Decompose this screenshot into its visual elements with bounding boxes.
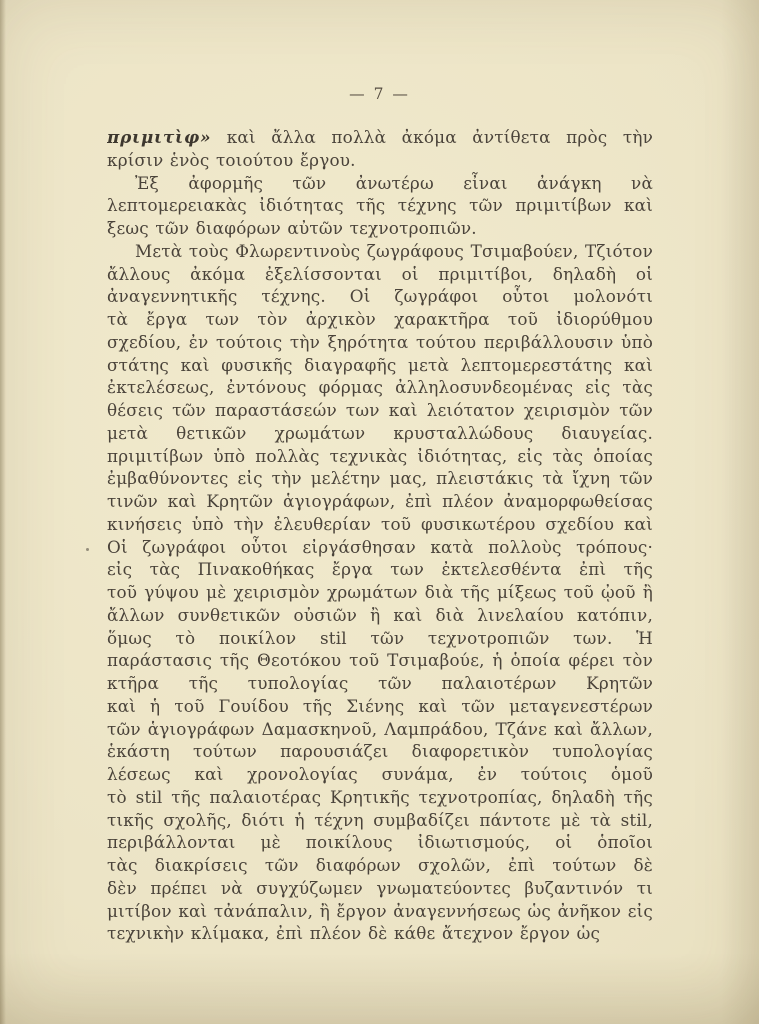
bold-lead-word: πριμιτὶφ»	[107, 127, 211, 147]
page-number: — 7 —	[107, 85, 652, 103]
text-line: σχεδίου, ἐν τούτοις τὴν ξηρότητα τούτου …	[107, 331, 653, 354]
text-line: ὅμως τὸ ποικίλον stil τῶν τεχνοτροπιῶν τ…	[107, 627, 653, 650]
text-line: ἑκάστη τούτων παρουσιάζει διαφορετικὸν τ…	[107, 740, 653, 763]
text-line: κτῆρα τῆς τυπολογίας τῶν παλαιοτέρων Κρη…	[107, 672, 653, 695]
text-line: περιβάλλονται μὲ ποικίλους ἰδιωτισμούς, …	[107, 831, 653, 854]
text-line: τὰς διακρίσεις τῶν διαφόρων σχολῶν, ἐπὶ …	[107, 854, 653, 877]
text-line: ἐκτελέσεως, ἐντόνους φόρμας ἀλληλοσυνδεο…	[107, 376, 653, 399]
text-line: τὰ ἔργα των τὸν ἀρχικὸν χαρακτῆρα τοῦ ἰδ…	[107, 308, 653, 331]
text-line: τῶν ἁγιογράφων Δαμασκηνοῦ, Λαμπράδου, Τζ…	[107, 718, 653, 741]
text-line: μιτίβον καὶ τἀνάπαλιν, ἢ ἔργον ἀναγεννήσ…	[107, 900, 653, 923]
text-line: Οἱ ζωγράφοι οὗτοι εἰργάσθησαν κατὰ πολλο…	[107, 536, 653, 559]
text-line: Μετὰ τοὺς Φλωρεντινοὺς ζωγράφους Τσιμαβο…	[107, 240, 653, 263]
text-line: τεχνικὴν κλίμακα, ἐπὶ πλέον δὲ κάθε ἄτεχ…	[107, 922, 653, 945]
text-line: ἐμβαθύνοντες εἰς τὴν μελέτην μας, πλειστ…	[107, 467, 653, 490]
text-line: δὲν πρέπει νὰ συγχύζωμεν γνωματεύοντες β…	[107, 877, 653, 900]
text-line: Ἐξ ἀφορμῆς τῶν ἀνωτέρω εἶναι ἀνάγκη νὰ δ…	[107, 172, 653, 195]
text-line: παράστασις τῆς Θεοτόκου τοῦ Τσιμαβούε, ἡ…	[107, 649, 653, 672]
text-line: πριμιτὶφ» καὶ ἄλλα πολλὰ ἀκόμα ἀντίθετα …	[107, 126, 653, 149]
text-line: λέσεως καὶ χρονολογίας συνάμα, ἐν τούτοι…	[107, 763, 653, 786]
text-line: ἄλλους ἀκόμα ἐξελίσσονται οἱ πριμιτίβοι,…	[107, 263, 653, 286]
text-line: κινήσεις ὑπὸ τὴν ἐλευθερίαν τοῦ φυσικωτέ…	[107, 513, 653, 536]
text-line: ξεως τῶν διαφόρων αὐτῶν τεχνοτροπιῶν.	[107, 217, 653, 240]
page-text: πριμιτὶφ» καὶ ἄλλα πολλὰ ἀκόμα ἀντίθετα …	[107, 126, 653, 945]
text-line: κρίσιν ἑνὸς τοιούτου ἔργου.	[107, 149, 653, 172]
text-line: μετὰ θετικῶν χρωμάτων κρυσταλλώδους διαυ…	[107, 422, 653, 445]
text-line: τὸ stil τῆς παλαιοτέρας Κρητικῆς τεχνοτρ…	[107, 786, 653, 809]
text-line: τινῶν καὶ Κρητῶν ἁγιογράφων, ἐπὶ πλέον ἀ…	[107, 490, 653, 513]
text-line: πριμιτίβων ὑπὸ πολλὰς τεχνικὰς ἰδιότητας…	[107, 445, 653, 468]
text-line: εἰς τὰς Πινακοθήκας ἔργα των ἐκτελεσθέντ…	[107, 558, 653, 581]
text-line: ἄλλων συνθετικῶν οὐσιῶν ἢ καὶ διὰ λινελα…	[107, 604, 653, 627]
ink-speck	[86, 548, 89, 551]
text-line: τοῦ γύψου μὲ χειρισμὸν χρωμάτων διὰ τῆς …	[107, 581, 653, 604]
scanned-page: — 7 — πριμιτὶφ» καὶ ἄλλα πολλὰ ἀκόμα ἀντ…	[0, 0, 759, 1024]
text-line: τικῆς σχολῆς, διότι ἡ τέχνη συμβαδίζει π…	[107, 809, 653, 832]
text-line: θέσεις τῶν παραστάσεών των καὶ λειότατον…	[107, 399, 653, 422]
text-line: λεπτομερειακὰς ἰδιότητας τῆς τέχνης τῶν …	[107, 194, 653, 217]
text-line: στάτης καὶ φυσικῆς διαγραφῆς μετὰ λεπτομ…	[107, 354, 653, 377]
text-line: ἀναγεννητικῆς τέχνης. Οἱ ζωγράφοι οὗτοι …	[107, 285, 653, 308]
text-line: καὶ ἡ τοῦ Γουίδου τῆς Σιένης καὶ τῶν μετ…	[107, 695, 653, 718]
